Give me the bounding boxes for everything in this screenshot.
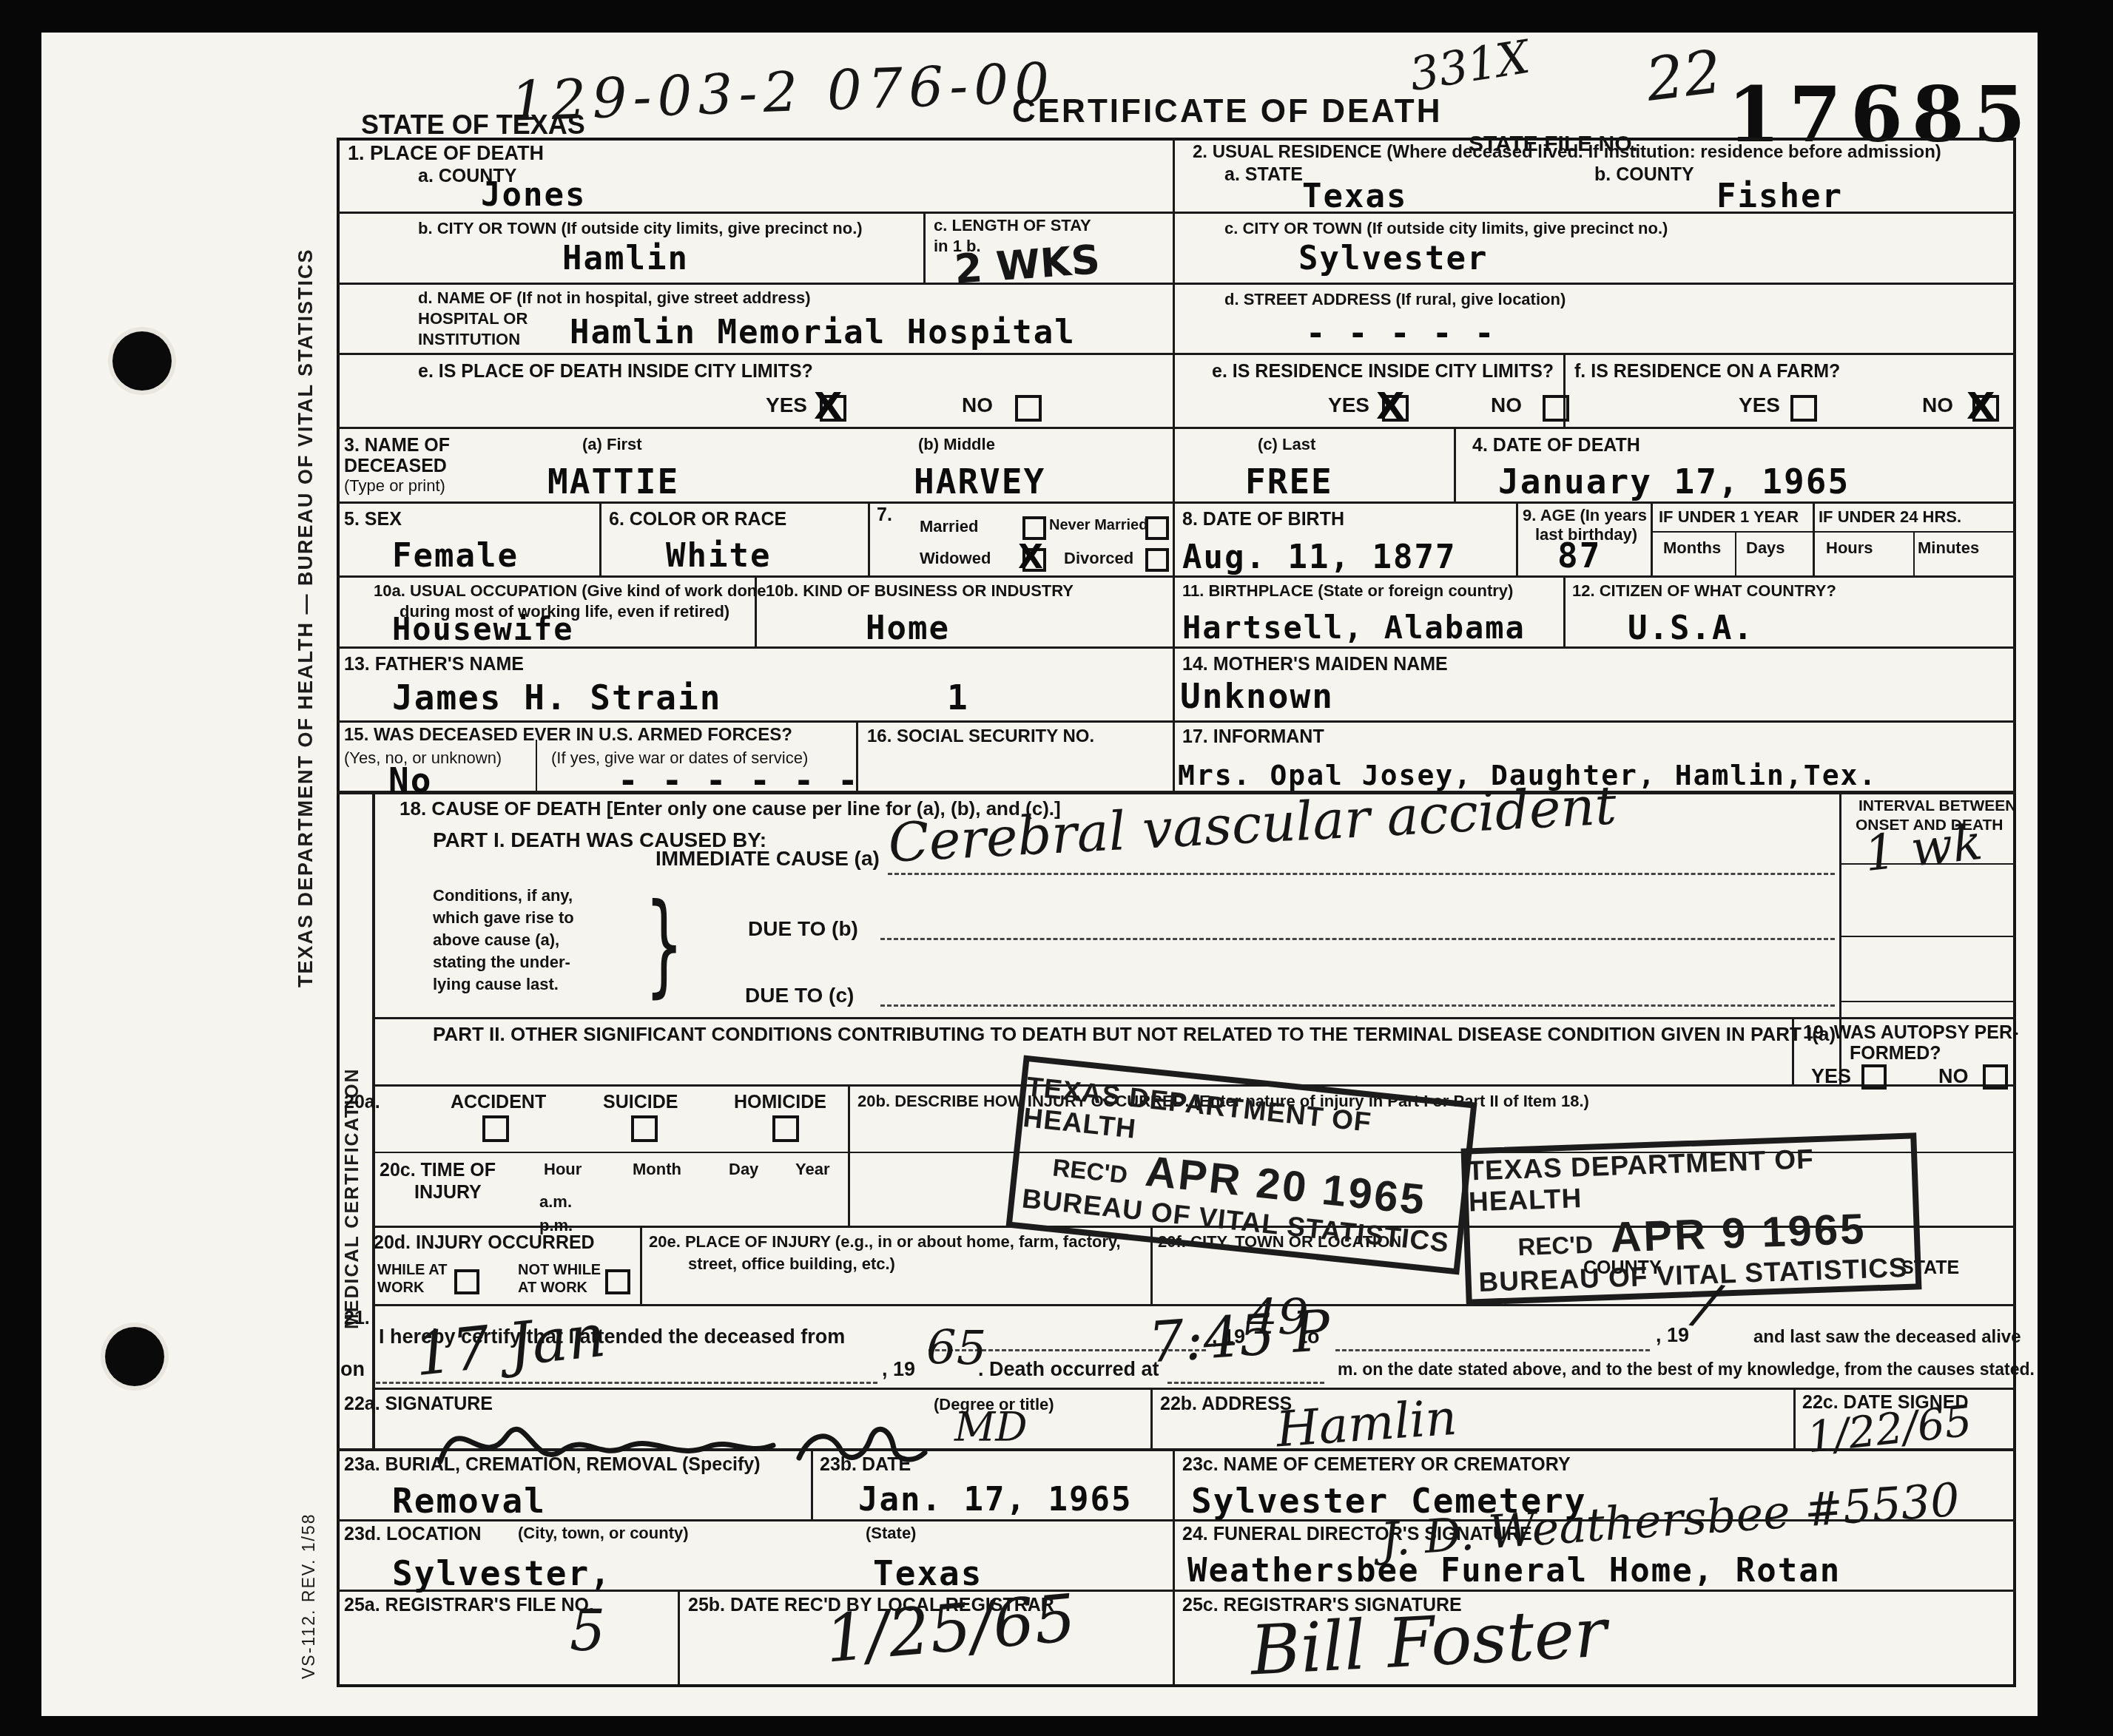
mothers-maiden-name-value: Unknown (1180, 676, 1334, 716)
suicide-label: SUICIDE (603, 1092, 678, 1113)
death-city-limits-label: e. IS PLACE OF DEATH INSIDE CITY LIMITS? (418, 361, 813, 382)
race-label: 6. COLOR OR RACE (609, 509, 786, 530)
city-label: b. CITY OR TOWN (If outside city limits,… (418, 219, 863, 238)
marital-status-label: 7. (877, 504, 892, 526)
citizen-label: 12. CITIZEN OF WHAT COUNTRY? (1572, 581, 1836, 601)
conditions-label-5: lying cause last. (433, 975, 559, 994)
conditions-label-4: stating the under- (433, 953, 570, 972)
residence-limits-no-checkbox (1543, 395, 1569, 422)
received-stamp-april-9: TEXAS DEPARTMENT OF HEALTH REC'D APR 9 1… (1460, 1132, 1921, 1305)
business-label: 10b. KIND OF BUSINESS OR INDUSTRY (766, 581, 1074, 601)
fathers-name-label: 13. FATHER'S NAME (344, 654, 524, 675)
cause-line-a (888, 873, 1835, 875)
last-name-label: (c) Last (1258, 435, 1315, 454)
residence-state-label: a. STATE (1224, 164, 1303, 186)
form-number-text: VS-112. REV. 1/58 (299, 1502, 319, 1690)
while-at-work-label-1: WHILE AT (377, 1262, 447, 1279)
suicide-checkbox (631, 1115, 658, 1142)
residence-city-limits-label: e. IS RESIDENCE INSIDE CITY LIMITS? (1212, 361, 1554, 382)
burial-date-value: Jan. 17, 1965 (858, 1481, 1132, 1519)
not-while-at-work-label-1: NOT WHILE (518, 1262, 601, 1279)
date-of-death-label: 4. DATE OF DEATH (1472, 435, 1640, 456)
death-limits-no-label: NO (962, 394, 993, 417)
rule (848, 1084, 850, 1226)
rule (678, 1590, 680, 1684)
residence-county-label: b. COUNTY (1594, 164, 1694, 186)
item-21-label: 21. (344, 1308, 370, 1329)
race-value: White (666, 537, 771, 575)
rule (1839, 1001, 2016, 1002)
farm-yes-checkbox (1790, 395, 1817, 422)
rule (1651, 531, 2016, 533)
interval-label-1: INTERVAL BETWEEN (1858, 797, 2017, 815)
hole-punch-top (112, 331, 172, 391)
burial-date-label: 23b. DATE (820, 1454, 911, 1476)
not-while-at-work-label-2: AT WORK (518, 1280, 587, 1297)
autopsy-no-checkbox (1983, 1064, 2008, 1090)
rule (536, 740, 537, 791)
autopsy-yes-checkbox (1861, 1064, 1887, 1090)
ssn-label: 16. SOCIAL SECURITY NO. (867, 726, 1094, 747)
date-of-birth-value: Aug. 11, 1877 (1182, 538, 1456, 576)
rule (1735, 531, 1736, 575)
farm-no-mark: X (1967, 385, 1995, 428)
occupation-value: Housewife (392, 611, 574, 647)
margin-agency-text: TEXAS DEPARTMENT OF HEALTH — BUREAU OF V… (294, 244, 317, 991)
homicide-label: HOMICIDE (734, 1092, 826, 1113)
rule (337, 646, 2016, 649)
farm-yes-label: YES (1739, 394, 1780, 417)
am-label: a.m. (539, 1192, 572, 1212)
accident-label: ACCIDENT (451, 1092, 546, 1113)
residence-limits-no-label: NO (1491, 394, 1522, 417)
due-to-c-label: DUE TO (c) (745, 984, 854, 1007)
divorced-label: Divorced (1064, 549, 1133, 568)
death-limits-yes-label: YES (766, 394, 807, 417)
burial-city-value: Sylvester, (392, 1553, 612, 1593)
street-address-label: d. STREET ADDRESS (If rural, give locati… (1224, 290, 1566, 309)
stamp2-recd: REC'D (1517, 1230, 1594, 1261)
death-limits-no-checkbox (1015, 395, 1042, 422)
rule (337, 283, 2016, 285)
middle-name-value: HARVEY (914, 462, 1045, 501)
length-of-stay-label: c. LENGTH OF STAY (934, 216, 1091, 235)
conditions-label-1: Conditions, if any, (433, 886, 573, 905)
married-label: Married (920, 517, 978, 536)
certify-blank-4 (1167, 1382, 1324, 1384)
sex-value: Female (392, 537, 519, 575)
rule (337, 575, 2016, 578)
death-limits-yes-mark: X (814, 385, 843, 428)
date-of-death-value: January 17, 1965 (1498, 462, 1850, 501)
degree-or-title-label: (Degree or title) (934, 1395, 1054, 1414)
address-label: 22b. ADDRESS (1160, 1394, 1292, 1415)
stamp1-recd: REC'D (1051, 1153, 1129, 1189)
divorced-checkbox (1145, 548, 1169, 572)
while-at-work-label-2: WORK (377, 1280, 424, 1297)
age-value: 87 (1557, 536, 1601, 575)
conditions-label-3: above cause (a), (433, 931, 559, 950)
rule (1173, 1448, 1175, 1684)
widowed-label: Widowed (920, 549, 991, 568)
last-name-value: FREE (1245, 462, 1333, 501)
certify-end-text: m. on the date stated above, and to the … (1338, 1360, 2035, 1379)
rule (1150, 1388, 1153, 1448)
day-label: Day (729, 1160, 758, 1179)
immediate-cause-label: IMMEDIATE CAUSE (a) (656, 847, 880, 871)
fathers-name-stray-mark: 1 (947, 678, 969, 717)
hospital-label-1: d. NAME OF (If not in hospital, give str… (418, 288, 811, 308)
burial-value: Removal (392, 1481, 546, 1521)
rule (1793, 1388, 1796, 1448)
place-of-injury-label-1: 20e. PLACE OF INJURY (e.g., in or about … (649, 1232, 1121, 1252)
minutes-label: Minutes (1918, 538, 1979, 558)
rule (1454, 427, 1456, 501)
first-name-label: (a) First (582, 435, 642, 454)
pencil-notation-2: 22 (1642, 37, 1725, 115)
informant-label: 17. INFORMANT (1182, 726, 1324, 748)
hospital-value: Hamlin Memorial Hospital (570, 314, 1076, 351)
conditions-brace: } (644, 880, 683, 1009)
hospital-label-2: HOSPITAL OR (418, 309, 528, 328)
rule (1839, 936, 2016, 937)
accident-checkbox (482, 1115, 509, 1142)
hour-label: Hour (544, 1160, 582, 1179)
burial-location-label: 23d. LOCATION (344, 1524, 482, 1545)
year-label: Year (795, 1160, 830, 1179)
sex-label: 5. SEX (344, 509, 402, 530)
death-county-value: Jones (481, 176, 586, 214)
rule (1913, 531, 1915, 575)
burial-location-sublabel-1: (City, town, or county) (518, 1524, 689, 1543)
rule (640, 1226, 642, 1304)
registrar-file-no-handwritten: 5 (570, 1598, 605, 1664)
business-value: Home (866, 609, 950, 647)
injury-occurred-label: 20d. INJURY OCCURRED (374, 1232, 595, 1254)
armed-forces-dashes: - - - - - - (618, 760, 860, 800)
residence-label: 2. USUAL RESIDENCE (Where deceased lived… (1193, 142, 1941, 163)
autopsy-yes-label: YES (1811, 1065, 1851, 1088)
due-to-b-label: DUE TO (b) (748, 917, 858, 941)
hospital-label-3: INSTITUTION (418, 330, 520, 349)
birthplace-label: 11. BIRTHPLACE (State or foreign country… (1182, 581, 1513, 601)
rule (337, 720, 2016, 723)
widowed-mark: X (1018, 538, 1043, 576)
never-married-checkbox (1145, 516, 1169, 540)
month-label: Month (633, 1160, 681, 1179)
rule (372, 1017, 2016, 1019)
time-of-injury-label-1: 20c. TIME OF (380, 1160, 496, 1181)
funeral-home-value: Weathersbee Funeral Home, Rotan (1187, 1552, 1841, 1590)
place-of-injury-label-2: street, office building, etc.) (688, 1254, 895, 1274)
while-at-work-checkbox (454, 1269, 479, 1294)
certificate-title: CERTIFICATE OF DEATH (1012, 93, 1442, 130)
rule (337, 501, 2016, 504)
autopsy-no-label: NO (1938, 1065, 1969, 1088)
place-of-death-label: 1. PLACE OF DEATH (348, 142, 544, 165)
not-while-at-work-checkbox (605, 1269, 630, 1294)
rule (1563, 575, 1566, 646)
stamp2-date: APR 9 1965 (1609, 1203, 1867, 1262)
rule (337, 353, 2016, 355)
married-checkbox (1022, 516, 1046, 540)
age-label-1: 9. AGE (In years (1523, 506, 1647, 525)
fathers-name-value: James H. Strain (392, 678, 721, 717)
rule (1516, 501, 1518, 575)
conditions-label-2: which gave rise to (433, 908, 574, 928)
time-of-injury-label-2: INJURY (414, 1182, 482, 1203)
residence-limits-yes-label: YES (1328, 394, 1369, 417)
residence-city-value: Sylvester (1298, 240, 1488, 277)
item-20a-label: 20a. (344, 1092, 380, 1113)
scanned-death-certificate: { "header": { "state": "STATE OF TEXAS",… (0, 0, 2113, 1736)
if-under-1-year-label: IF UNDER 1 YEAR (1659, 507, 1799, 527)
autopsy-label-1: 19. WAS AUTOPSY PER- (1803, 1022, 2018, 1044)
name-of-deceased-label-2: DECEASED (344, 456, 447, 477)
residence-farm-label: f. IS RESIDENCE ON A FARM? (1574, 361, 1840, 382)
rule (337, 427, 2016, 429)
name-of-deceased-label-3: (Type or print) (344, 476, 445, 496)
rule (923, 212, 926, 283)
death-occurred-at-text: . Death occurred at (978, 1358, 1159, 1381)
if-under-24-hrs-label: IF UNDER 24 HRS. (1819, 507, 1961, 527)
residence-state-value: Texas (1302, 178, 1407, 215)
street-address-value: - - - - - (1306, 315, 1495, 353)
rule (1173, 138, 1175, 791)
middle-name-label: (b) Middle (918, 435, 995, 454)
residence-city-label: c. CITY OR TOWN (If outside city limits,… (1224, 219, 1668, 238)
burial-label: 23a. BURIAL, CREMATION, REMOVAL (Specify… (344, 1454, 761, 1476)
armed-forces-value: No (388, 760, 432, 800)
burial-state-value: Texas (873, 1553, 983, 1593)
mothers-maiden-name-label: 14. MOTHER'S MAIDEN NAME (1182, 654, 1448, 675)
rule (1813, 501, 1815, 575)
days-label: Days (1746, 538, 1785, 558)
certify-blank-2 (1335, 1349, 1650, 1351)
handwritten-time: 7:45 P (1146, 1297, 1332, 1376)
homicide-checkbox (772, 1115, 799, 1142)
date-of-birth-label: 8. DATE OF BIRTH (1182, 509, 1344, 530)
cause-line-c (880, 1004, 1835, 1007)
months-label: Months (1663, 538, 1721, 558)
certify-19-b: , 19 (1656, 1324, 1689, 1347)
residence-limits-yes-mark: X (1376, 385, 1405, 428)
name-of-deceased-label-1: 3. NAME OF (344, 435, 450, 456)
hours-label: Hours (1826, 538, 1873, 558)
citizen-value: U.S.A. (1628, 609, 1754, 647)
hole-punch-bottom (105, 1327, 164, 1386)
cemetery-label: 23c. NAME OF CEMETERY OR CREMATORY (1182, 1454, 1571, 1476)
birthplace-value: Hartsell, Alabama (1182, 609, 1526, 646)
farm-no-label: NO (1922, 394, 1953, 417)
certify-on: on (340, 1358, 365, 1381)
never-married-label: Never Married (1049, 517, 1148, 534)
armed-forces-label: 15. WAS DECEASED EVER IN U.S. ARMED FORC… (344, 725, 792, 746)
rule (1651, 501, 1653, 575)
rule-medical-bracket (372, 791, 375, 1448)
burial-location-sublabel-2: (State) (866, 1524, 916, 1543)
first-name-value: MATTIE (547, 462, 679, 501)
death-city-value: Hamlin (562, 240, 689, 277)
rule (868, 501, 870, 575)
residence-county-value: Fisher (1716, 178, 1843, 215)
registrar-file-no-label: 25a. REGISTRAR'S FILE NO. (344, 1595, 594, 1616)
last-saw-alive-text: and last saw the deceased alive (1753, 1327, 2021, 1348)
part2-label: PART II. OTHER SIGNIFICANT CONDITIONS CO… (433, 1023, 1836, 1046)
cause-line-b (880, 938, 1835, 940)
autopsy-label-2: FORMED? (1850, 1043, 1941, 1064)
occupation-label-1: 10a. USUAL OCCUPATION (Give kind of work… (374, 581, 766, 601)
rule (599, 501, 601, 575)
certify-19-c: , 19 (882, 1358, 915, 1381)
